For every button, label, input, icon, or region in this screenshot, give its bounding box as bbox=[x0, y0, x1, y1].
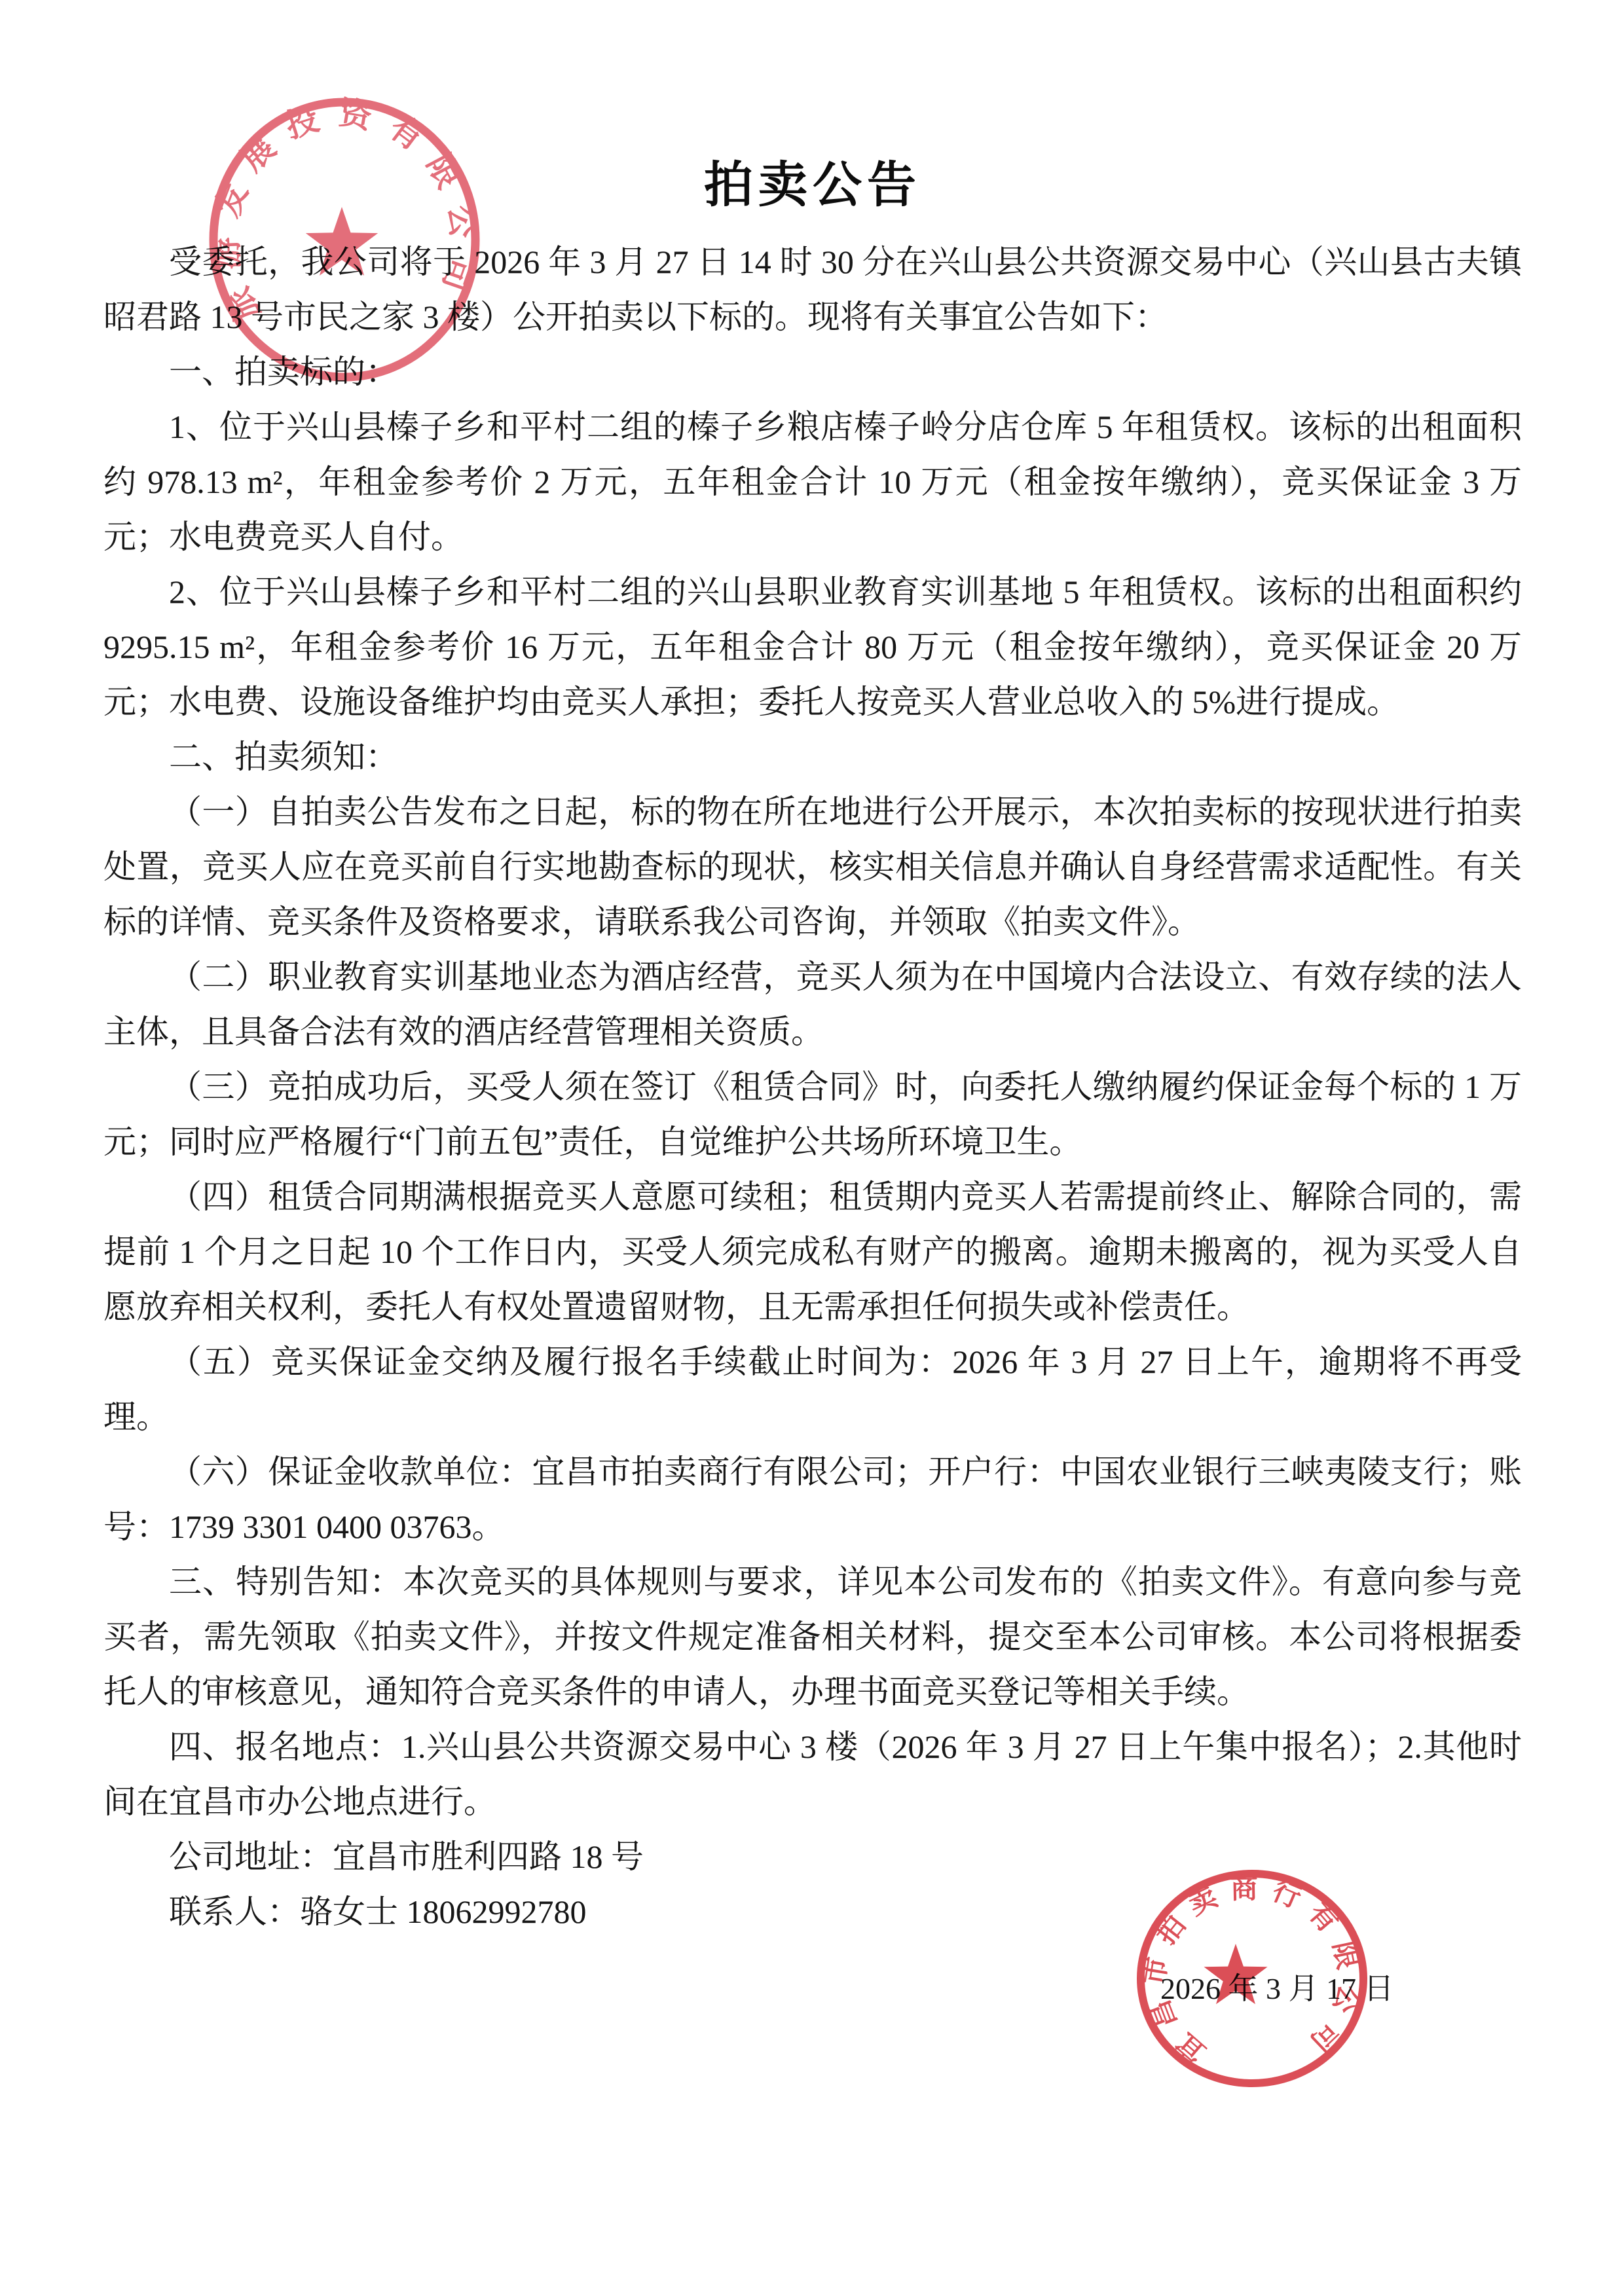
document-page: 拍卖公告 受委托，我公司将于 2026 年 3 月 27 日 14 时 30 分… bbox=[0, 0, 1624, 2296]
paragraph: （四）租赁合同期满根据竞买人意愿可续租；租赁期内竞买人若需提前终止、解除合同的，… bbox=[103, 1169, 1522, 1334]
document-date: 2026 年 3 月 17 日 bbox=[1160, 1969, 1394, 2009]
company-address-line: 公司地址：宜昌市胜利四路 18 号 bbox=[103, 1829, 1522, 1884]
paragraph: 1、位于兴山县榛子乡和平村二组的榛子乡粮店榛子岭分店仓库 5 年租赁权。该标的出… bbox=[103, 399, 1522, 564]
paragraph: 2、位于兴山县榛子乡和平村二组的兴山县职业教育实训基地 5 年租赁权。该标的出租… bbox=[103, 564, 1522, 729]
paragraph: 四、报名地点：1.兴山县公共资源交易中心 3 楼（2026 年 3 月 27 日… bbox=[103, 1719, 1522, 1829]
paragraph: 受委托，我公司将于 2026 年 3 月 27 日 14 时 30 分在兴山县公… bbox=[103, 234, 1522, 344]
document-title: 拍卖公告 bbox=[103, 156, 1522, 216]
paragraph: （三）竞拍成功后，买受人须在签订《租赁合同》时，向委托人缴纳履约保证金每个标的 … bbox=[103, 1059, 1522, 1169]
contact-person-line: 联系人：骆女士 18062992780 bbox=[103, 1884, 1522, 1939]
paragraph: （五）竞买保证金交纳及履行报名手续截止时间为：2026 年 3 月 27 日上午… bbox=[103, 1334, 1522, 1444]
document-content: 拍卖公告 受委托，我公司将于 2026 年 3 月 27 日 14 时 30 分… bbox=[103, 0, 1522, 1939]
document-body: 受委托，我公司将于 2026 年 3 月 27 日 14 时 30 分在兴山县公… bbox=[103, 234, 1522, 1829]
paragraph: 二、拍卖须知： bbox=[103, 729, 1522, 784]
paragraph: 一、拍卖标的： bbox=[103, 344, 1522, 399]
paragraph: （二）职业教育实训基地业态为酒店经营，竞买人须为在中国境内合法设立、有效存续的法… bbox=[103, 949, 1522, 1059]
paragraph: （一）自拍卖公告发布之日起，标的物在所在地进行公开展示，本次拍卖标的按现状进行拍… bbox=[103, 784, 1522, 949]
paragraph: （六）保证金收款单位：宜昌市拍卖商行有限公司；开户行：中国农业银行三峡夷陵支行；… bbox=[103, 1444, 1522, 1554]
paragraph: 三、特别告知：本次竞买的具体规则与要求，详见本公司发布的《拍卖文件》。有意向参与… bbox=[103, 1554, 1522, 1719]
